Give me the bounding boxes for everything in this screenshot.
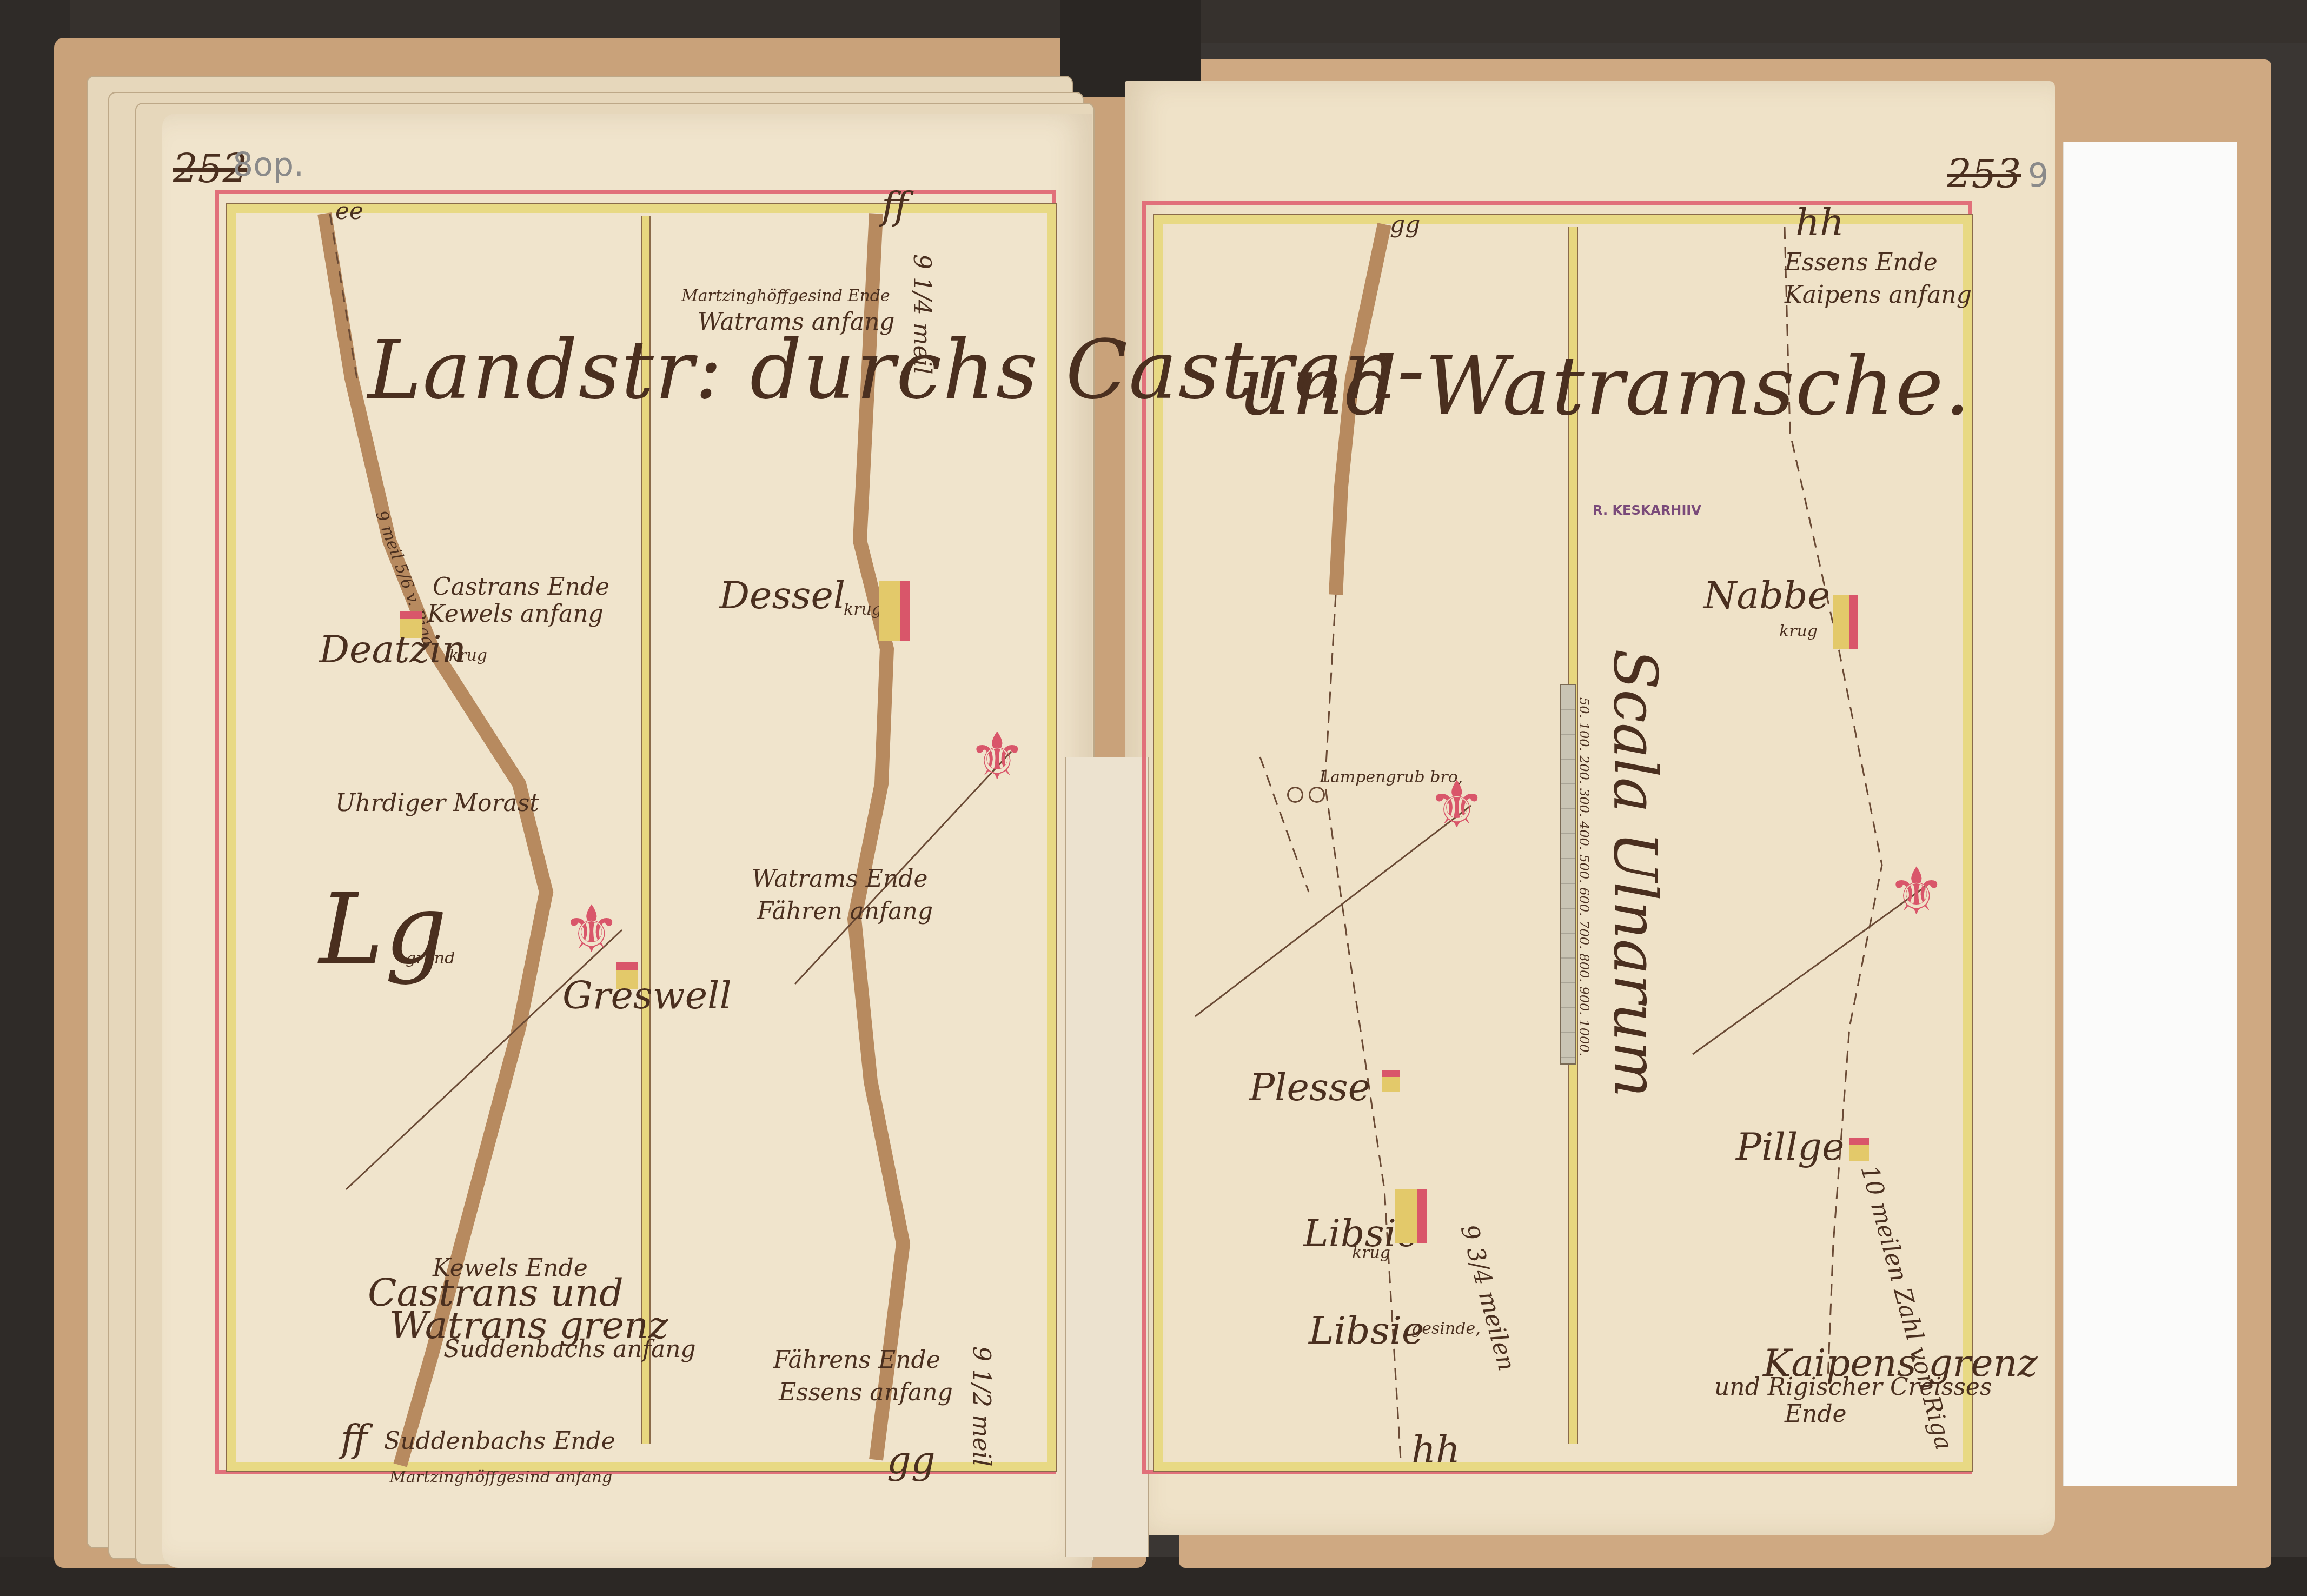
place-type-label: krug	[844, 600, 882, 619]
place-type-label: gesinde,	[1411, 1319, 1481, 1338]
boundary-label: Suddenbachs Ende	[384, 1427, 615, 1455]
scale-title: Scala Ulnarum	[1601, 649, 1670, 1098]
boundary-label: Watrams Ende	[752, 865, 928, 893]
boundary-label: Essens anfang	[779, 1379, 953, 1406]
boundary-label: Kaipens anfang	[1785, 281, 1972, 309]
place-name-greswell: Greswell	[562, 973, 732, 1018]
boundary-label: Martzinghöffgesind Ende	[681, 287, 890, 305]
place-name-nabbe: Nabbe	[1703, 573, 1830, 617]
distance-label: 9 1/2 meil	[967, 1346, 995, 1467]
boundary-label: Suddenbachs anfang	[443, 1335, 696, 1363]
marker-hh-bottom: hh	[1411, 1427, 1460, 1472]
distance-label: 9 1/4 meil	[908, 254, 936, 375]
marker-ff-top: ff	[881, 184, 909, 228]
marker-gg-top: gg	[1390, 211, 1420, 238]
place-type-label: krug	[1779, 622, 1818, 641]
inn-building-icon	[879, 581, 910, 641]
place-name-libsie-2: Libsie	[1309, 1308, 1424, 1353]
left-page-pencil-number: 8op.	[233, 146, 304, 184]
inn-building-icon	[1395, 1189, 1427, 1243]
house-icon	[1849, 1138, 1869, 1161]
feature-label-grund: grund	[406, 949, 455, 968]
compass-rose-fleur-de-lis-icon: ⚜	[562, 892, 621, 967]
boundary-label: Fährens Ende	[773, 1346, 940, 1374]
map-title-part2: und Watramsche.	[1238, 346, 1971, 427]
ring-marker-icon	[1287, 787, 1303, 803]
place-name-dessel: Dessel	[719, 573, 845, 617]
boundary-label: Fähren anfang	[757, 897, 933, 925]
place-name-plesse: Plesse	[1249, 1065, 1370, 1109]
boundary-label: Ende	[1785, 1400, 1847, 1428]
compass-rose-fleur-de-lis-icon: ⚜	[968, 719, 1026, 794]
marker-gg-bottom: gg	[887, 1438, 936, 1482]
house-icon	[1382, 1070, 1400, 1092]
compass-rose-fleur-de-lis-icon: ⚜	[1887, 854, 1946, 929]
scale-bar	[1560, 684, 1576, 1065]
marker-ee: ee	[335, 197, 363, 225]
place-type-label: krug	[449, 646, 487, 665]
feature-label-morass: Uhrdiger Morast	[335, 789, 539, 817]
boundary-label: Castrans Ende	[433, 573, 609, 601]
boundary-label: Watrams anfang	[698, 308, 894, 336]
marker-ff-bottom: ff	[341, 1417, 368, 1461]
right-page-pencil-number: 9	[2028, 157, 2049, 195]
right-page-number: 253	[1947, 151, 2021, 197]
scale-tick-labels: 50. 100. 200. 300. 400. 500. 600. 700. 8…	[1576, 697, 1592, 1076]
archive-stamp: R. KESKARHIIV	[1593, 503, 1701, 518]
ring-marker-icon	[1309, 787, 1325, 803]
inn-building-icon	[1833, 595, 1858, 649]
feature-label: Lampengrub bro,	[1320, 768, 1463, 787]
place-name-pillge: Pillge	[1736, 1125, 1845, 1169]
boundary-label: Essens Ende	[1785, 249, 1938, 276]
place-type-label: krug	[1352, 1243, 1390, 1262]
boundary-label: Martzinghöffgesind anfang	[389, 1468, 612, 1487]
marker-hh-top: hh	[1795, 200, 1844, 244]
place-name-deatzin: Deatzin	[319, 627, 466, 671]
boundary-label: und Rigischer Creisses	[1714, 1373, 1992, 1401]
boundary-label: Kewels anfang	[427, 600, 604, 628]
